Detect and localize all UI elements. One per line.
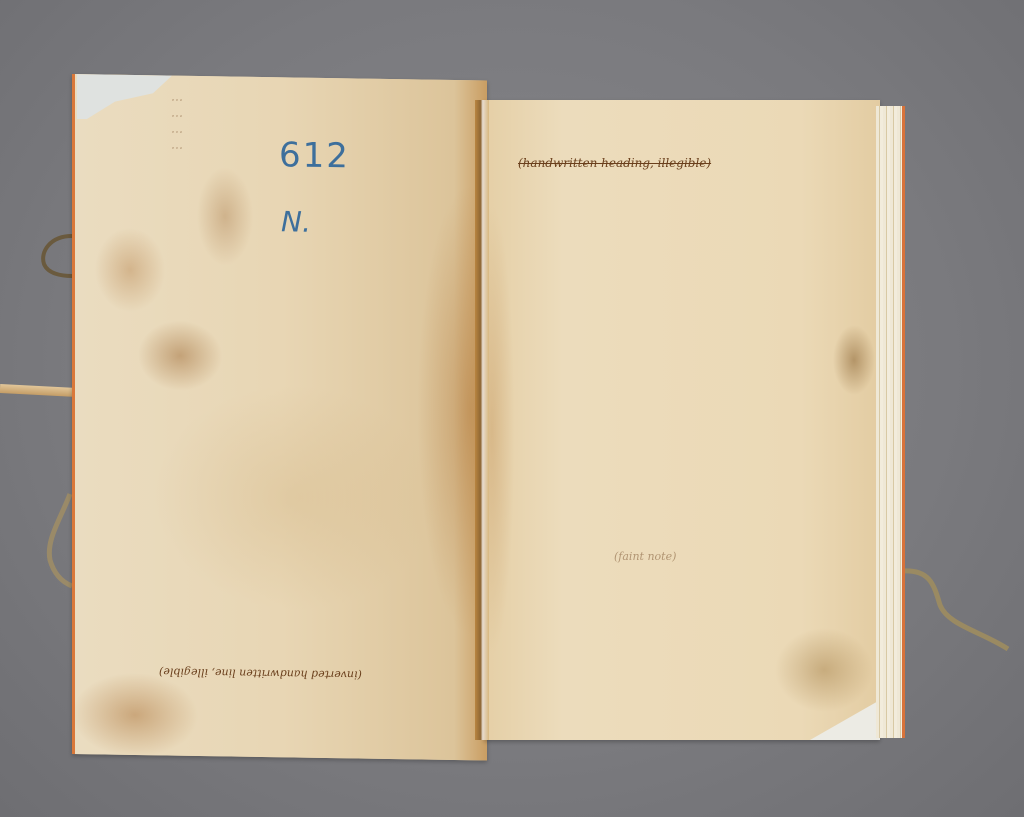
top-note: … [171, 138, 183, 152]
signature: N. [281, 205, 311, 238]
photo-scene: … … … … 612 N. (inverted handwritten lin… [0, 0, 1024, 817]
right-tie-icon [900, 565, 1012, 655]
fore-edge [876, 106, 905, 738]
book-gutter [475, 100, 489, 740]
top-note: … [171, 106, 183, 120]
shelfmark: 612 [279, 135, 350, 176]
top-note: … [171, 90, 183, 104]
left-page: … … … … 612 N. (inverted handwritten lin… [72, 74, 487, 761]
heading-line: (handwritten heading, illegible) [518, 156, 711, 170]
right-page: (handwritten heading, illegible) (faint … [484, 100, 880, 740]
paper-chip [77, 74, 172, 120]
top-note: … [171, 122, 183, 136]
page-corner [810, 700, 880, 740]
faint-note: (faint note) [614, 550, 676, 563]
inverted-line: (inverted handwritten line, illegible) [159, 665, 362, 681]
left-lower-tie-icon [42, 490, 76, 590]
